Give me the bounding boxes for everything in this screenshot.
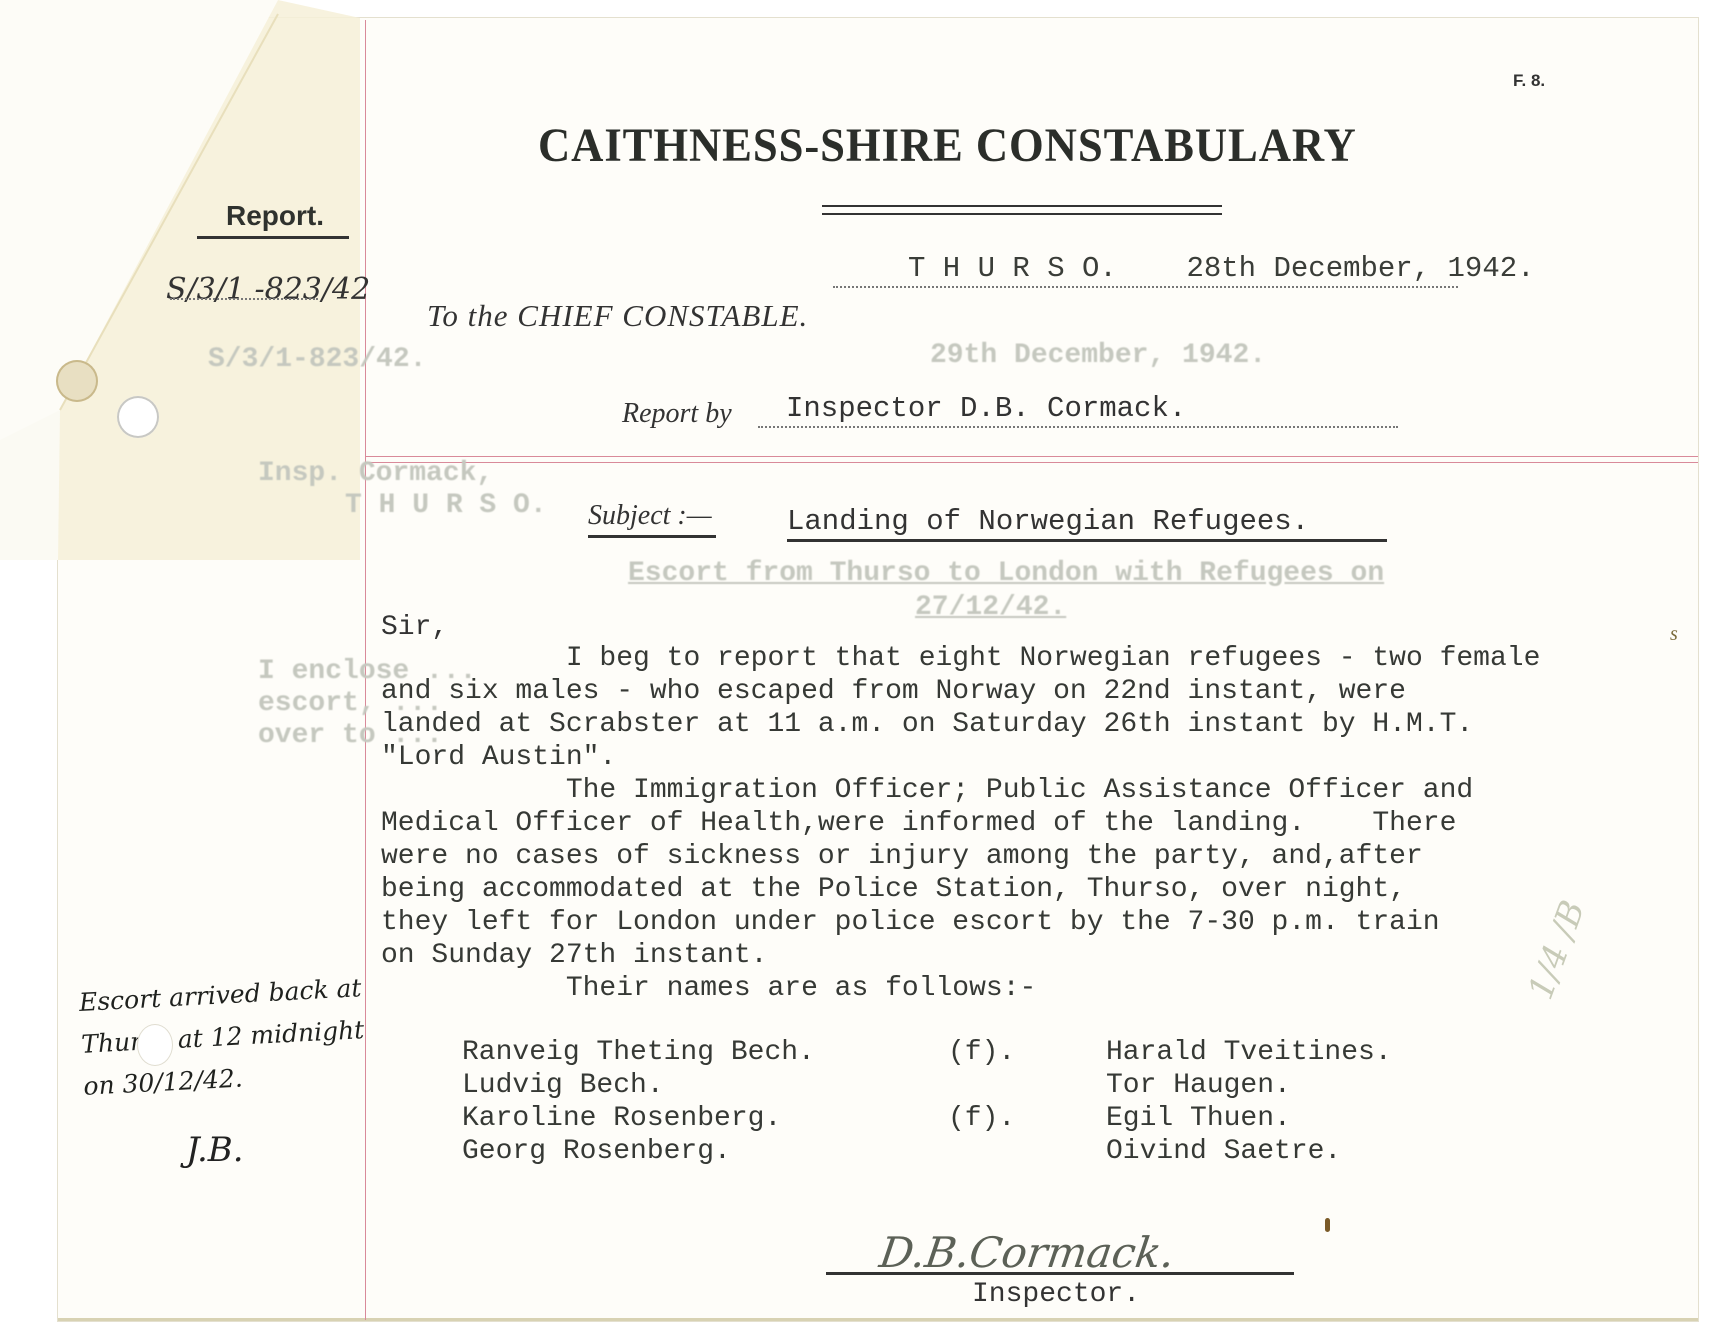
signatory-title: Inspector. bbox=[972, 1279, 1140, 1310]
bleed-through-addr: Insp. Cormack, bbox=[258, 458, 493, 489]
names-row: Ranveig Theting Bech. (f). Harald Tveiti… bbox=[462, 1036, 1392, 1069]
date: 28th December, 1942. bbox=[1186, 252, 1534, 285]
place: T H U R S O. bbox=[908, 252, 1117, 285]
names-row: Karoline Rosenberg. (f). Egil Thuen. bbox=[462, 1102, 1392, 1135]
bleed-through-subject-date: 27/12/42. bbox=[915, 592, 1066, 623]
reference-dotted-line bbox=[170, 298, 318, 300]
bleed-through-subject: Escort from Thurso to London with Refuge… bbox=[628, 558, 1384, 589]
form-code: F. 8. bbox=[1513, 71, 1545, 91]
place-date-line: T H U R S O. 28th December, 1942. bbox=[908, 252, 1535, 285]
subject-value: Landing of Norwegian Refugees. bbox=[787, 505, 1309, 538]
header-rule bbox=[365, 462, 1698, 463]
signature: D.B.Cormack. bbox=[877, 1228, 1178, 1277]
name-left: Karoline Rosenberg. bbox=[462, 1102, 948, 1135]
organization-title: CAITHNESS-SHIRE CONSTABULARY bbox=[538, 118, 1357, 173]
report-body: I beg to report that eight Norwegian ref… bbox=[381, 642, 1701, 1005]
sheet-bottom-edge bbox=[58, 1318, 1698, 1321]
refugee-names-list: Ranveig Theting Bech. (f). Harald Tveiti… bbox=[462, 1036, 1392, 1168]
names-row: Georg Rosenberg. Oivind Saetre. bbox=[462, 1135, 1392, 1168]
punch-hole bbox=[137, 1024, 173, 1066]
names-row: Ludvig Bech. Tor Haugen. bbox=[462, 1069, 1392, 1102]
subject-label: Subject :— bbox=[588, 500, 712, 532]
name-left: Ranveig Theting Bech. bbox=[462, 1036, 948, 1069]
margin-mark: s bbox=[1670, 623, 1678, 646]
name-left: Georg Rosenberg. bbox=[462, 1135, 948, 1168]
reference-number: S/3/1 -823/42 bbox=[166, 272, 370, 307]
header-rule bbox=[365, 456, 1698, 457]
bleed-through-place: T H U R S O. bbox=[345, 490, 547, 521]
name-right: Tor Haugen. bbox=[1106, 1069, 1291, 1102]
gender-mark bbox=[948, 1069, 1106, 1102]
report-label: Report. bbox=[226, 200, 324, 232]
subject-underline bbox=[787, 539, 1387, 542]
gender-mark: (f). bbox=[948, 1036, 1106, 1069]
report-label-underline bbox=[197, 236, 349, 239]
title-double-rule bbox=[822, 205, 1222, 215]
bleed-through-date: 29th December, 1942. bbox=[930, 340, 1266, 371]
handwritten-margin-note: Escort arrived back at Thurso at 12 midn… bbox=[78, 966, 384, 1108]
ink-speck bbox=[1325, 1218, 1330, 1232]
salutation: Sir, bbox=[381, 612, 448, 643]
signature-rule bbox=[826, 1272, 1294, 1275]
name-right: Harald Tveitines. bbox=[1106, 1036, 1392, 1069]
bleed-through-ref: S/3/1-823/42. bbox=[208, 344, 426, 375]
punch-hole bbox=[56, 360, 98, 402]
addressee: To the CHIEF CONSTABLE. bbox=[427, 298, 808, 334]
report-by-dotted-line bbox=[758, 426, 1398, 428]
subject-label-underline bbox=[588, 535, 716, 538]
gender-mark bbox=[948, 1135, 1106, 1168]
report-by-value: Inspector D.B. Cormack. bbox=[786, 392, 1186, 425]
date-dotted-line bbox=[833, 286, 1458, 288]
handwritten-initials: J.B. bbox=[186, 1130, 244, 1170]
punch-hole bbox=[117, 396, 159, 438]
name-left: Ludvig Bech. bbox=[462, 1069, 948, 1102]
report-by-label: Report by bbox=[622, 398, 732, 430]
name-right: Egil Thuen. bbox=[1106, 1102, 1291, 1135]
gender-mark: (f). bbox=[948, 1102, 1106, 1135]
name-right: Oivind Saetre. bbox=[1106, 1135, 1341, 1168]
